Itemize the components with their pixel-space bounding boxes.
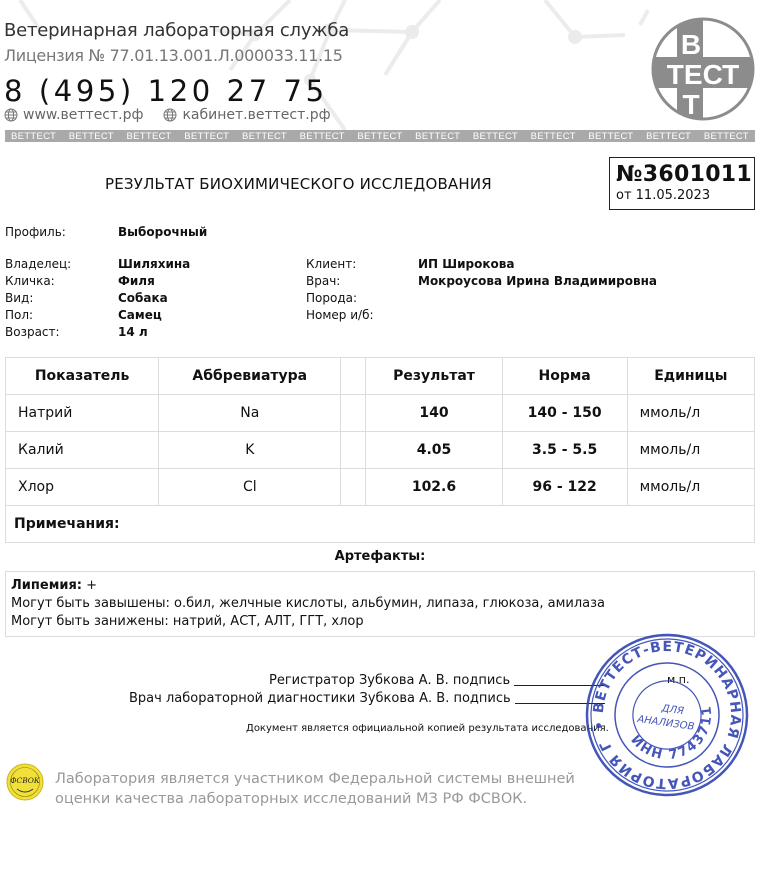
sex-label: Пол: [5, 307, 33, 324]
globe-icon [4, 108, 18, 122]
svg-text:ДЛЯ: ДЛЯ [660, 703, 685, 717]
lab-name: Ветеринарная лабораторная служба [4, 20, 349, 41]
brand-strip-item: ВЕТТЕСТ [300, 131, 345, 142]
brand-strip-item: ВЕТТЕСТ [588, 131, 633, 142]
case-number-label: Номер и/б: [306, 307, 374, 324]
column-header: Показатель [6, 358, 159, 395]
parameter-result: 140 [366, 395, 502, 432]
parameter-name: Хлор [6, 469, 159, 506]
parameter-unit: ммоль/л [627, 469, 754, 506]
pet-name-value: Филя [118, 273, 155, 290]
artifacts-box: Липемия: + Могут быть завышены: о.бил, ж… [5, 571, 755, 637]
pet-name-label: Кличка: [5, 273, 55, 290]
brand-strip-item: ВЕТТЕСТ [242, 131, 287, 142]
fsvok-badge-icon: ФСВОК [6, 763, 44, 801]
document-title: РЕЗУЛЬТАТ БИОХИМИЧЕСКОГО ИССЛЕДОВАНИЯ [105, 175, 492, 193]
artifacts-increased: Могут быть завышены: о.бил, желчные кисл… [11, 595, 749, 613]
table-header-row: Показатель Аббревиатура Результат Норма … [6, 358, 755, 395]
lipemia-line: Липемия: + [11, 577, 749, 595]
fsvok-note-line1: Лаборатория является участником Федераль… [55, 769, 575, 789]
notes-label: Примечания: [6, 506, 755, 543]
website-link[interactable]: www.веттест.рф [4, 107, 143, 123]
document-date: от 11.05.2023 [616, 188, 748, 204]
column-header [341, 358, 366, 395]
cabinet-link-text[interactable]: кабинет.веттест.рф [182, 107, 330, 123]
lipemia-label: Липемия: [11, 578, 82, 593]
parameter-abbr: K [159, 432, 341, 469]
svg-text:ФСВОК: ФСВОК [10, 776, 40, 785]
parameter-name: Калий [6, 432, 159, 469]
parameter-unit: ммоль/л [627, 395, 754, 432]
lipemia-value: + [82, 578, 97, 593]
brand-strip-item: ВЕТТЕСТ [415, 131, 460, 142]
brand-strip-item: ВЕТТЕСТ [69, 131, 114, 142]
column-header: Результат [366, 358, 502, 395]
table-row: Калий K 4.05 3.5 - 5.5 ммоль/л [6, 432, 755, 469]
species-value: Собака [118, 290, 168, 307]
svg-text:ТЕСТ: ТЕСТ [667, 59, 739, 90]
parameter-abbr: Na [159, 395, 341, 432]
fsvok-note: Лаборатория является участником Федераль… [55, 769, 575, 809]
cabinet-link[interactable]: кабинет.веттест.рф [163, 107, 330, 123]
globe-icon [163, 108, 177, 122]
svg-text:В: В [681, 29, 701, 60]
brand-strip: ВЕТТЕСТВЕТТЕСТВЕТТЕСТВЕТТЕСТВЕТТЕСТВЕТТЕ… [5, 130, 755, 142]
website-link-text[interactable]: www.веттест.рф [23, 107, 143, 123]
brand-strip-item: ВЕТТЕСТ [704, 131, 749, 142]
results-table: Показатель Аббревиатура Результат Норма … [5, 357, 755, 543]
vettest-logo: В ТЕСТ Т [651, 17, 755, 121]
age-label: Возраст: [5, 324, 60, 341]
phone-number: 8 (495) 120 27 75 [4, 74, 328, 108]
table-row: Натрий Na 140 140 - 150 ммоль/л [6, 395, 755, 432]
column-header: Единицы [627, 358, 754, 395]
doctor-value: Мокроусова Ирина Владимировна [418, 273, 657, 290]
parameter-result: 102.6 [366, 469, 502, 506]
profile-value: Выборочный [118, 224, 207, 241]
parameter-flag [341, 432, 366, 469]
artifacts-decreased: Могут быть занижены: натрий, АСТ, АЛТ, Г… [11, 613, 749, 631]
artifacts-title: Артефакты: [0, 549, 760, 564]
parameter-flag [341, 469, 366, 506]
parameter-result: 4.05 [366, 432, 502, 469]
brand-strip-item: ВЕТТЕСТ [473, 131, 518, 142]
parameter-norm: 96 - 122 [502, 469, 627, 506]
brand-strip-item: ВЕТТЕСТ [184, 131, 229, 142]
sex-value: Самец [118, 307, 162, 324]
parameter-flag [341, 395, 366, 432]
official-stamp: • ВЕТТЕСТ-ВЕТЕРИНАРНАЯ ЛАБОРАТОРИЯ Г. МО… [584, 632, 750, 798]
official-copy-note: Документ является официальной копией рез… [246, 723, 609, 734]
svg-text:АНАЛИЗОВ: АНАЛИЗОВ [636, 714, 695, 733]
website-links: www.веттест.рф кабинет.веттест.рф [4, 107, 331, 123]
registrar-signature: Регистратор Зубкова А. В. подпись [269, 673, 604, 688]
profile-label: Профиль: [5, 224, 66, 241]
age-value: 14 л [118, 324, 148, 341]
doctor-signature: Врач лабораторной диагностики Зубкова А.… [129, 691, 605, 706]
parameter-unit: ммоль/л [627, 432, 754, 469]
column-header: Аббревиатура [159, 358, 341, 395]
svg-text:• ВЕТТЕСТ-ВЕТЕРИНАРНАЯ ЛАБОРАТ: • ВЕТТЕСТ-ВЕТЕРИНАРНАЯ ЛАБОРАТОРИЯ Г. МО… [584, 632, 750, 798]
brand-strip-item: ВЕТТЕСТ [126, 131, 171, 142]
brand-strip-item: ВЕТТЕСТ [11, 131, 56, 142]
column-header: Норма [502, 358, 627, 395]
table-row: Хлор Cl 102.6 96 - 122 ммоль/л [6, 469, 755, 506]
license-number: Лицензия № 77.01.13.001.Л.000033.11.15 [4, 46, 343, 65]
brand-strip-item: ВЕТТЕСТ [357, 131, 402, 142]
parameter-abbr: Cl [159, 469, 341, 506]
document-number-box: №3601011 от 11.05.2023 [609, 157, 755, 210]
fsvok-note-line2: оценки качества лабораторных исследовани… [55, 789, 575, 809]
parameter-norm: 3.5 - 5.5 [502, 432, 627, 469]
document-number: №3601011 [616, 162, 748, 188]
brand-strip-item: ВЕТТЕСТ [531, 131, 576, 142]
doctor-label: Врач: [306, 273, 340, 290]
svg-text:Т: Т [682, 89, 699, 120]
client-label: Клиент: [306, 256, 356, 273]
client-value: ИП Широкова [418, 256, 514, 273]
species-label: Вид: [5, 290, 33, 307]
breed-label: Порода: [306, 290, 357, 307]
owner-label: Владелец: [5, 256, 71, 273]
owner-value: Шиляхина [118, 256, 190, 273]
brand-strip-item: ВЕТТЕСТ [646, 131, 691, 142]
notes-row: Примечания: [6, 506, 755, 543]
parameter-norm: 140 - 150 [502, 395, 627, 432]
parameter-name: Натрий [6, 395, 159, 432]
